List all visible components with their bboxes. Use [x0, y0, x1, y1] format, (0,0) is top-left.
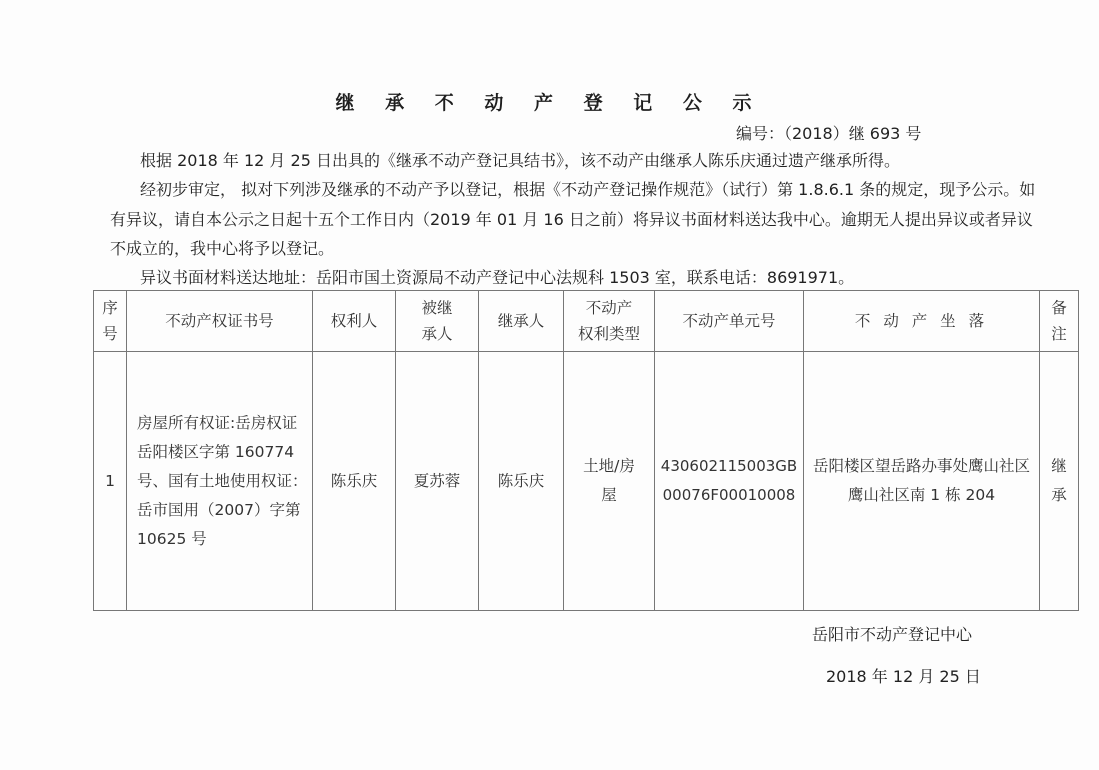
- cell-unit-number: 430602115003GB00076F00010008: [655, 352, 804, 611]
- header-remark: 备注: [1040, 291, 1079, 352]
- paragraph-address: 异议书面材料送达地址：岳阳市国土资源局不动产登记中心法规科 1503 室，联系电…: [140, 263, 854, 293]
- paragraph-source: 根据 2018 年 12 月 25 日出具的《继承不动产登记具结书》，该不动产由…: [140, 146, 900, 176]
- header-unit-number: 不动产单元号: [655, 291, 804, 352]
- cell-location: 岳阳楼区望岳路办事处鹰山社区鹰山社区南 1 栋 204: [804, 352, 1040, 611]
- cell-seq: 1: [94, 352, 127, 611]
- header-right-type: 不动产权利类型: [564, 291, 655, 352]
- header-heir: 继承人: [479, 291, 564, 352]
- document-title: 继 承 不 动 产 登 记 公 示: [0, 88, 1099, 115]
- header-location: 不 动 产 坐 落: [804, 291, 1040, 352]
- paragraph-notice: 经初步审定， 拟对下列涉及继承的不动产予以登记，根据《不动产登记操作规范》（试行…: [110, 175, 1045, 264]
- registration-table: 序号 不动产权证书号 权利人 被继承人 继承人 不动产权利类型 不动产单元号 不…: [93, 290, 1079, 611]
- header-certificate: 不动产权证书号: [127, 291, 313, 352]
- cell-decedent: 夏苏蓉: [396, 352, 479, 611]
- issue-date: 2018 年 12 月 25 日: [826, 664, 981, 687]
- issuer-signature: 岳阳市不动产登记中心: [812, 622, 972, 645]
- cell-heir: 陈乐庆: [479, 352, 564, 611]
- cell-remark: 继承: [1040, 352, 1079, 611]
- header-right-holder: 权利人: [313, 291, 396, 352]
- cell-right-type: 土地/房屋: [564, 352, 655, 611]
- cell-certificate: 房屋所有权证:岳房权证岳阳楼区字第 160774 号、国有土地使用权证：岳市国用…: [127, 352, 313, 611]
- table-row: 1 房屋所有权证:岳房权证岳阳楼区字第 160774 号、国有土地使用权证：岳市…: [94, 352, 1079, 611]
- table-header-row: 序号 不动产权证书号 权利人 被继承人 继承人 不动产权利类型 不动产单元号 不…: [94, 291, 1079, 352]
- document-number: 编号：（2018）继 693 号: [736, 121, 921, 144]
- header-seq: 序号: [94, 291, 127, 352]
- cell-right-holder: 陈乐庆: [313, 352, 396, 611]
- header-decedent: 被继承人: [396, 291, 479, 352]
